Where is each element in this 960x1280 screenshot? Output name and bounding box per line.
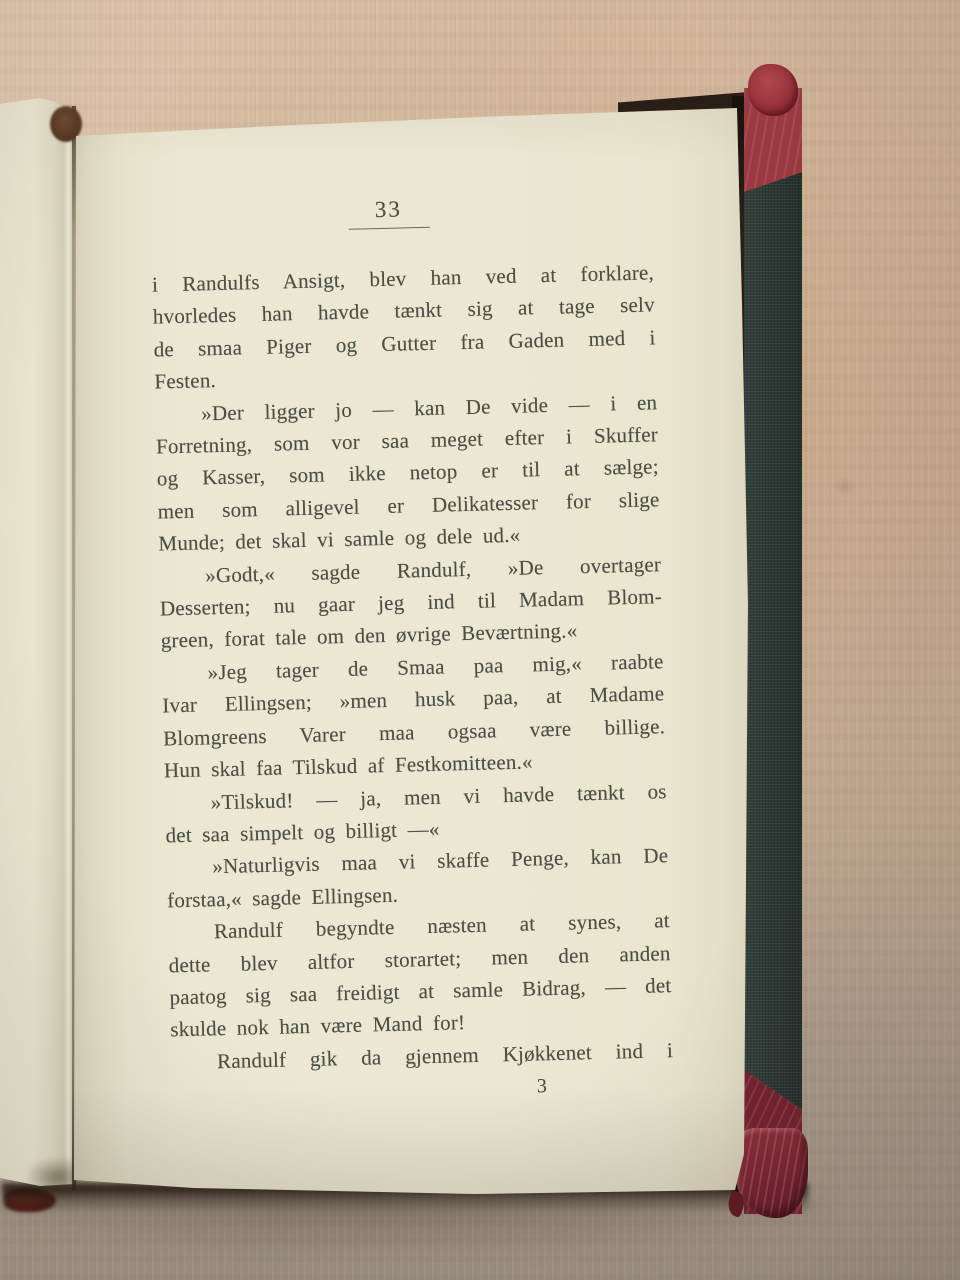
page-number-row: 33 [134,191,643,235]
paragraph: »Jeg tager de Smaa paa mig,« raabteIvar … [161,645,666,787]
photo-scene: 33 i Randulfs Ansigt, blev han ved at fo… [0,0,960,1280]
cover-red-corner-bump-bottom [736,1128,808,1218]
paragraph: i Randulfs Ansigt, blev han ved at forkl… [152,256,657,398]
page-number: 33 [348,196,430,230]
paragraph: »Naturligvis maa vi skaffe Penge, kan De… [166,839,669,916]
signature-mark: 3 [520,1075,565,1099]
paragraph: »Godt,« sagde Randulf, »De overtagerDess… [159,548,663,657]
paragraph: Randulf begyndte næsten at synes, atdett… [168,904,673,1046]
paragraph: »Tilskud! — ja, men vi havde tænkt osdet… [164,775,667,852]
printed-content: 33 i Randulfs Ansigt, blev han ved at fo… [134,186,699,1209]
paragraph: »Der ligger jo — kan De vide — i enForre… [155,386,661,560]
left-page-edge [0,98,74,1190]
cover-green-cloth [744,88,802,1214]
text-block: i Randulfs Ansigt, blev han ved at forkl… [152,256,674,1078]
cover-red-corner-bump-top [748,64,798,116]
book-cover-edge [744,88,802,1214]
